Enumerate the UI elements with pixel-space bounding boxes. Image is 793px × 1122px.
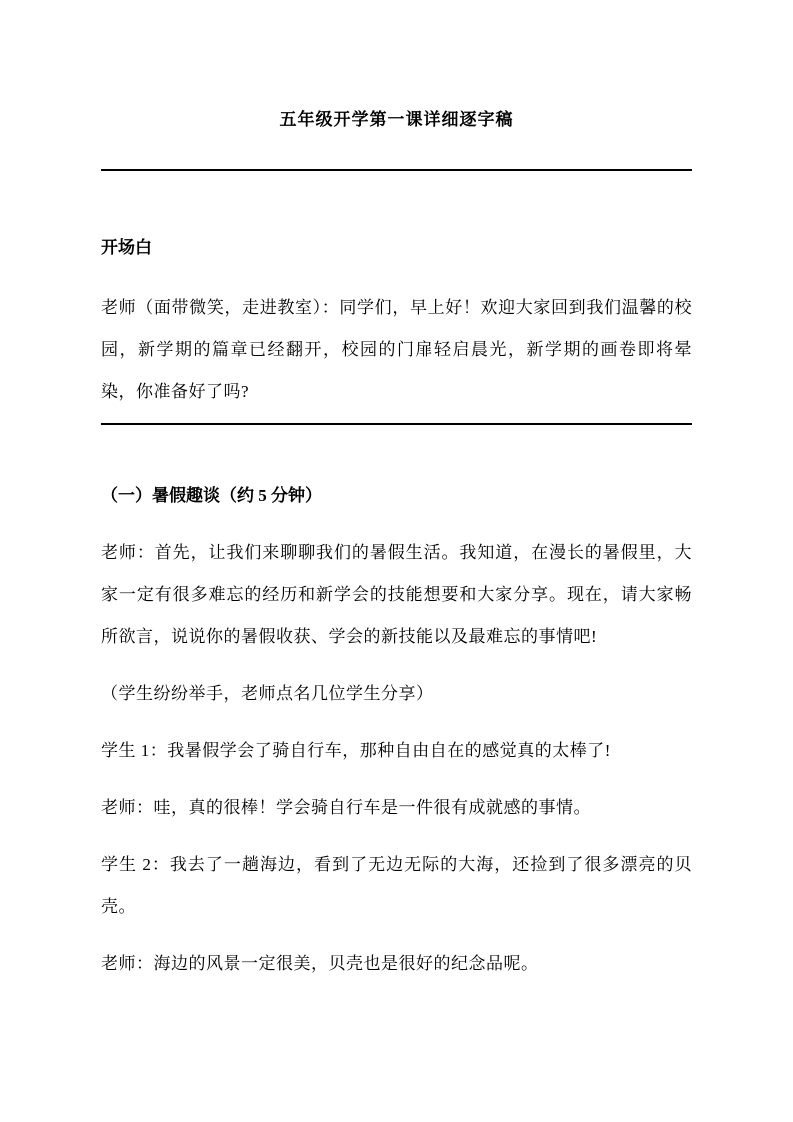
opening-heading: 开场白 xyxy=(101,227,692,269)
document-page: 五年级开学第一课详细逐字稿 开场白 老师（面带微笑，走进教室）：同学们，早上好！… xyxy=(0,0,793,1122)
document-title: 五年级开学第一课详细逐字稿 xyxy=(101,108,692,132)
section-1-heading: （一）暑假趣谈（约 5 分钟） xyxy=(101,475,692,517)
opening-teacher-paragraph: 老师（面带微笑，走进教室）：同学们，早上好！欢迎大家回到我们温馨的校园，新学期的… xyxy=(101,287,692,413)
document-content: 五年级开学第一课详细逐字稿 开场白 老师（面带微笑，走进教室）：同学们，早上好！… xyxy=(0,0,793,985)
paragraph-student-2: 学生 2：我去了一趟海边，看到了无边无际的大海，还捡到了很多漂亮的贝壳。 xyxy=(101,844,692,928)
paragraph-stage-direction: （学生纷纷举手，老师点名几位学生分享） xyxy=(101,673,692,715)
paragraph-teacher-reply-1: 老师：哇，真的很棒！学会骑自行车是一件很有成就感的事情。 xyxy=(101,787,692,829)
horizontal-rule-middle xyxy=(101,423,692,425)
paragraph-student-1: 学生 1：我暑假学会了骑自行车，那种自由自在的感觉真的太棒了! xyxy=(101,730,692,772)
horizontal-rule-top xyxy=(101,169,692,171)
paragraph-teacher-intro: 老师：首先，让我们来聊聊我们的暑假生活。我知道，在漫长的暑假里，大家一定有很多难… xyxy=(101,532,692,658)
paragraph-teacher-reply-2: 老师：海边的风景一定很美，贝壳也是很好的纪念品呢。 xyxy=(101,943,692,985)
